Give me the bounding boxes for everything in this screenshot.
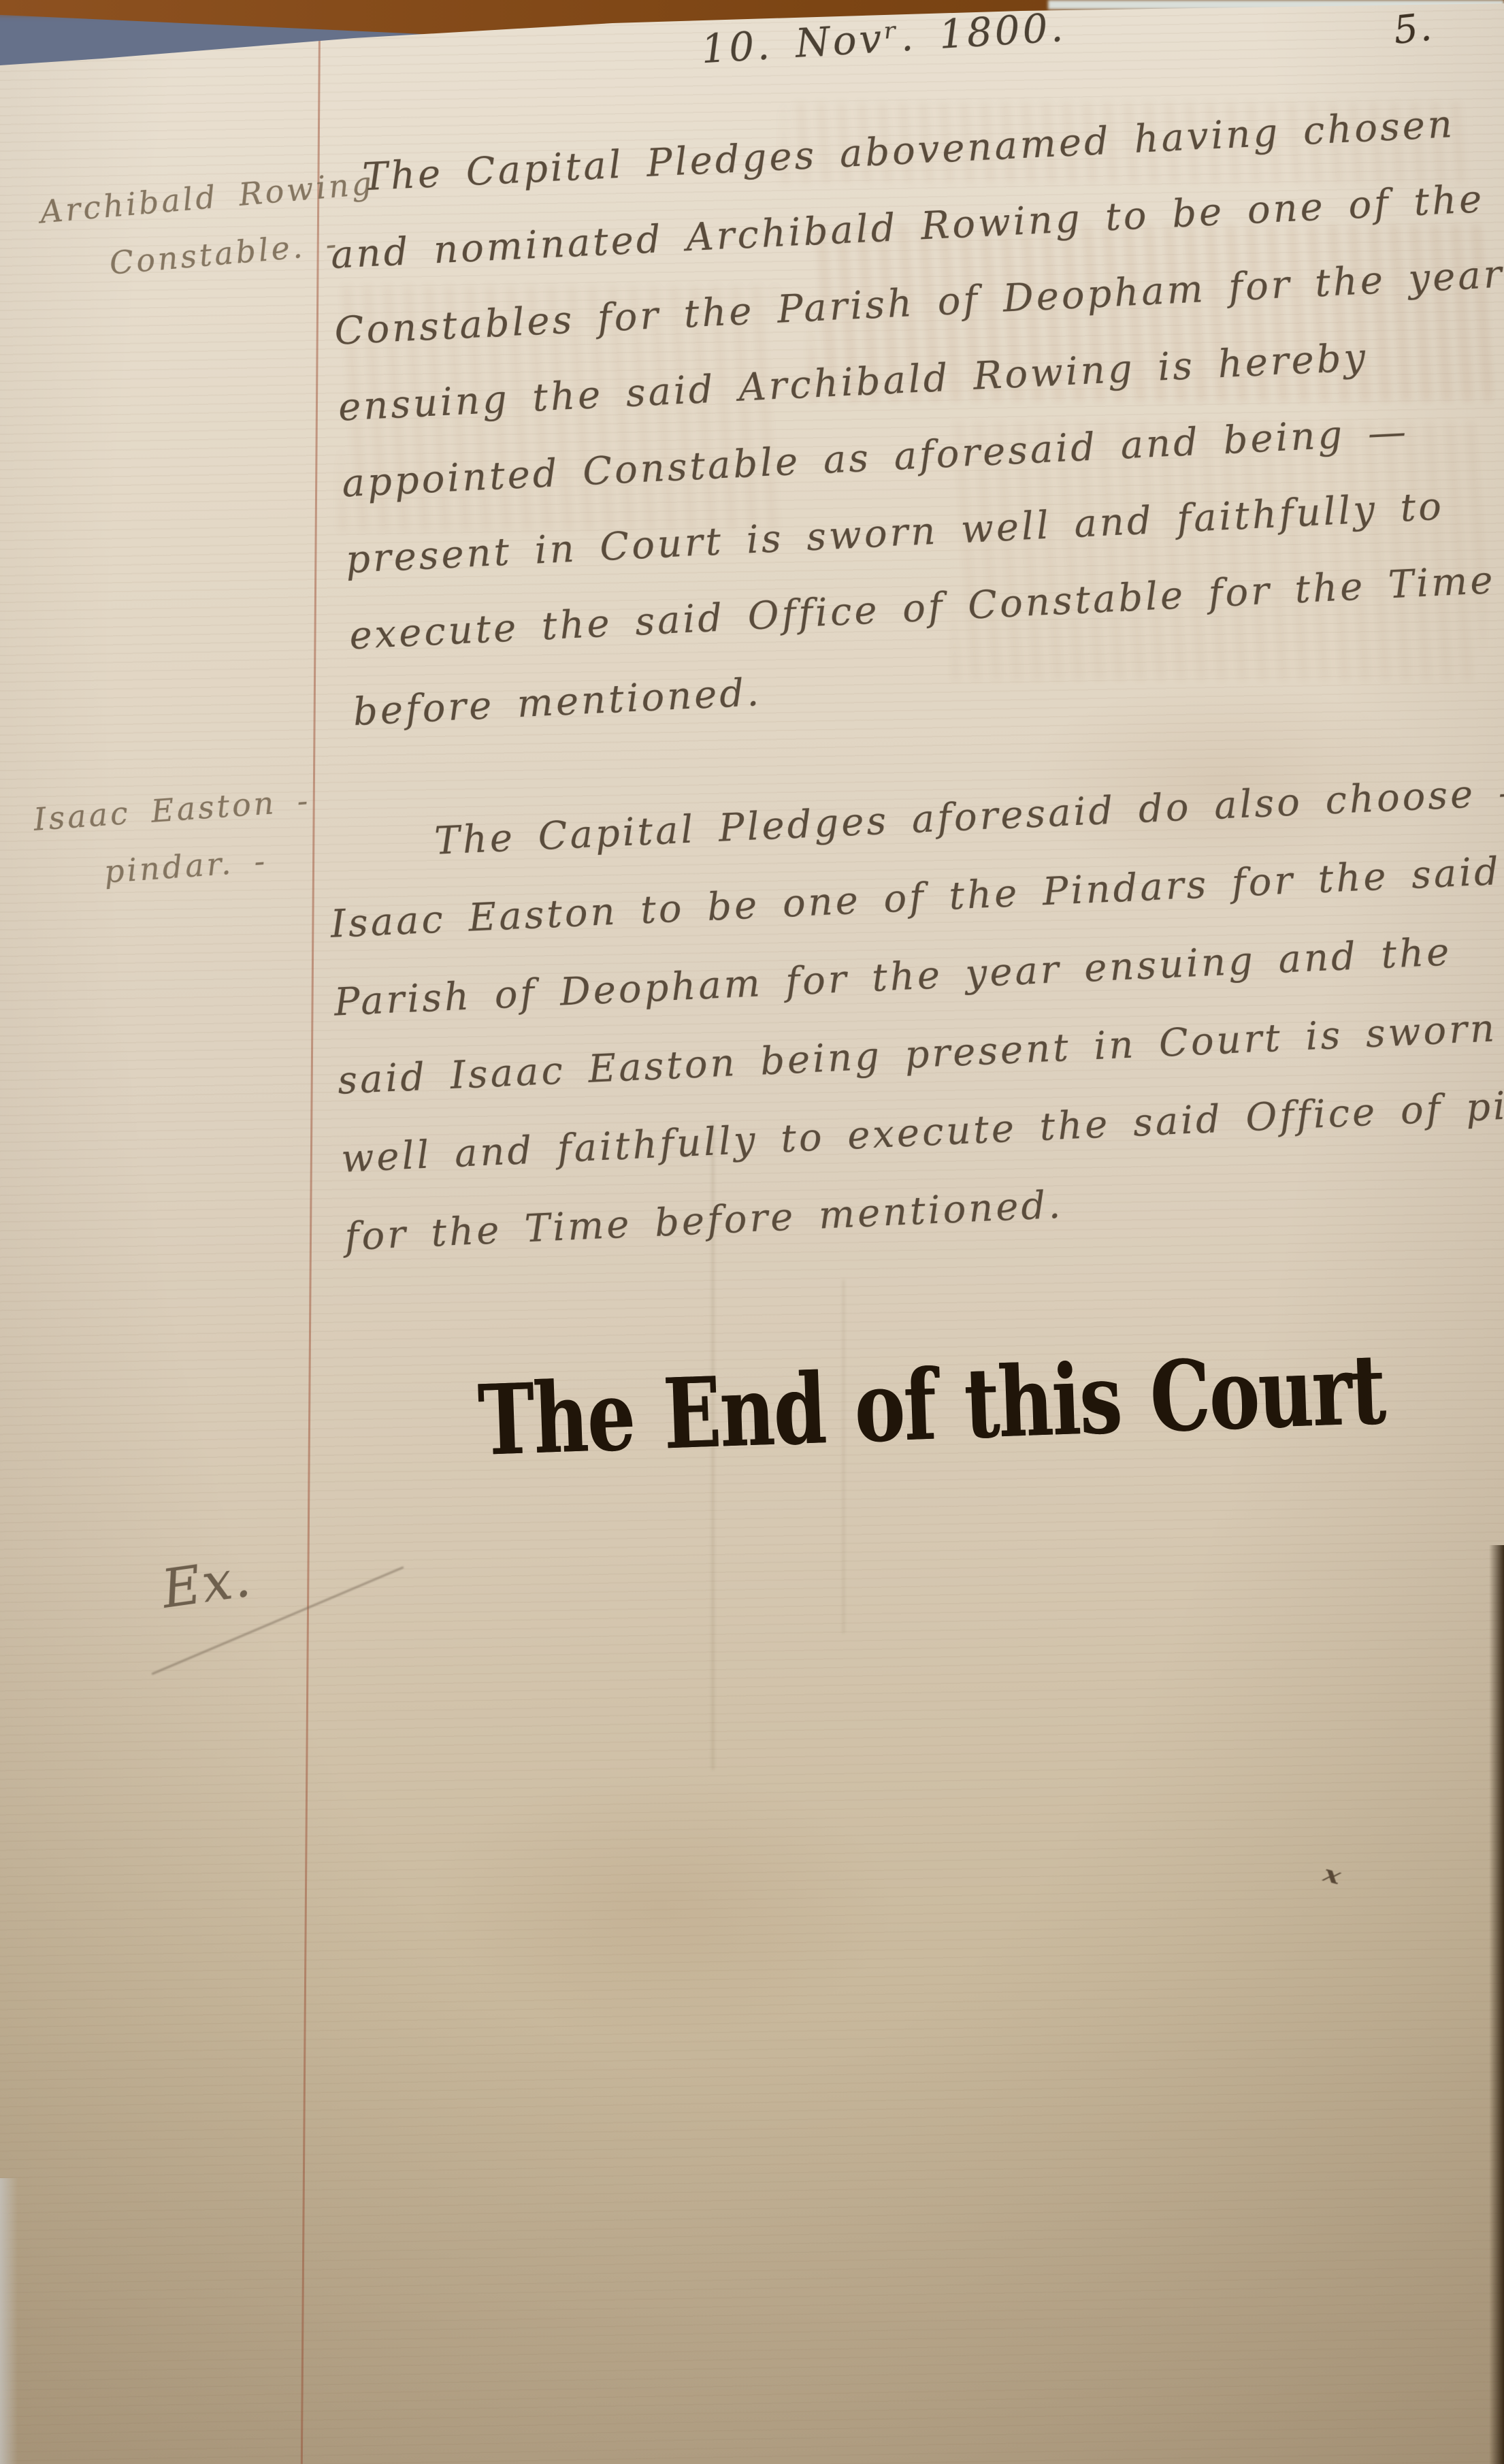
red-margin-rule [301,34,321,2464]
underlying-page-edge [0,2178,18,2464]
manuscript-page: 10. Novʳ. 1800. 5. Archibald Rowing Cons… [0,0,1504,2464]
page-number: 5. [1392,5,1435,53]
binding-shadow [1489,1545,1504,2464]
paper-stain [422,1770,898,2042]
court-entry-pindar: The Capital Pledges aforesaid do also ch… [325,749,1504,1276]
court-entry-constable: The Capital Pledges abovenamed having ch… [325,82,1504,751]
examined-mark: Ex. [158,1547,255,1620]
margin-note-constable: Archibald Rowing Constable. - [37,160,318,297]
closing-blackletter: The End of this Court [476,1333,1386,1478]
margin-note-pindar: Isaac Easton - pindar. - [32,775,271,905]
stray-ink-mark: x [1321,1860,1344,1890]
